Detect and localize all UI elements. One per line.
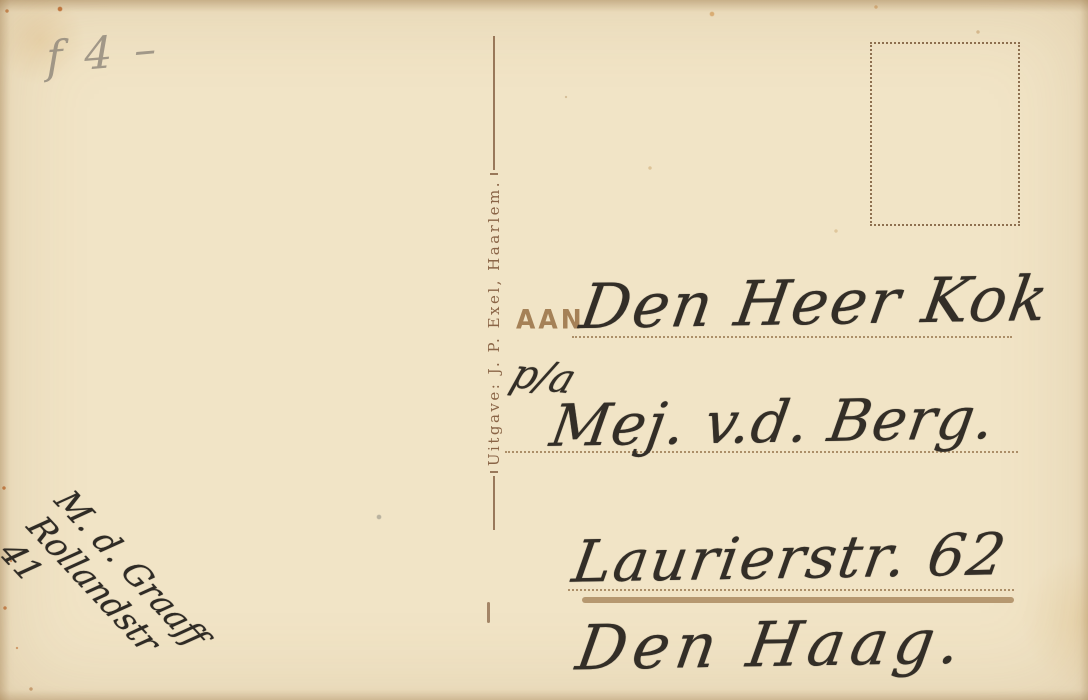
sender-note: M. d. Graaff Rollandstr 41 (0, 482, 214, 700)
ink-smudge (487, 602, 490, 623)
aan-label: AAN (516, 304, 585, 334)
postcard-back: f 4 – Uitgave: J. P. Exel, Haarlem. AAN … (0, 0, 1088, 700)
stamp-box (870, 42, 1020, 226)
recipient-name: Den Heer Kok (576, 262, 1055, 343)
street-underline (582, 597, 1014, 603)
divider-line-bottom (493, 476, 495, 530)
pencil-price-note: f 4 – (46, 23, 161, 84)
divider-dash-bottom (490, 471, 498, 473)
center-divider: Uitgave: J. P. Exel, Haarlem. (484, 36, 504, 542)
care-of-name: Mej. v.d. Berg. (546, 384, 1000, 460)
publisher-credit: Uitgave: J. P. Exel, Haarlem. (485, 178, 503, 468)
city-name: Den Haag. (572, 605, 972, 685)
divider-line-top (493, 36, 495, 170)
divider-dash-top (490, 173, 498, 175)
street-address: Laurierstr. 62 (568, 520, 1012, 596)
